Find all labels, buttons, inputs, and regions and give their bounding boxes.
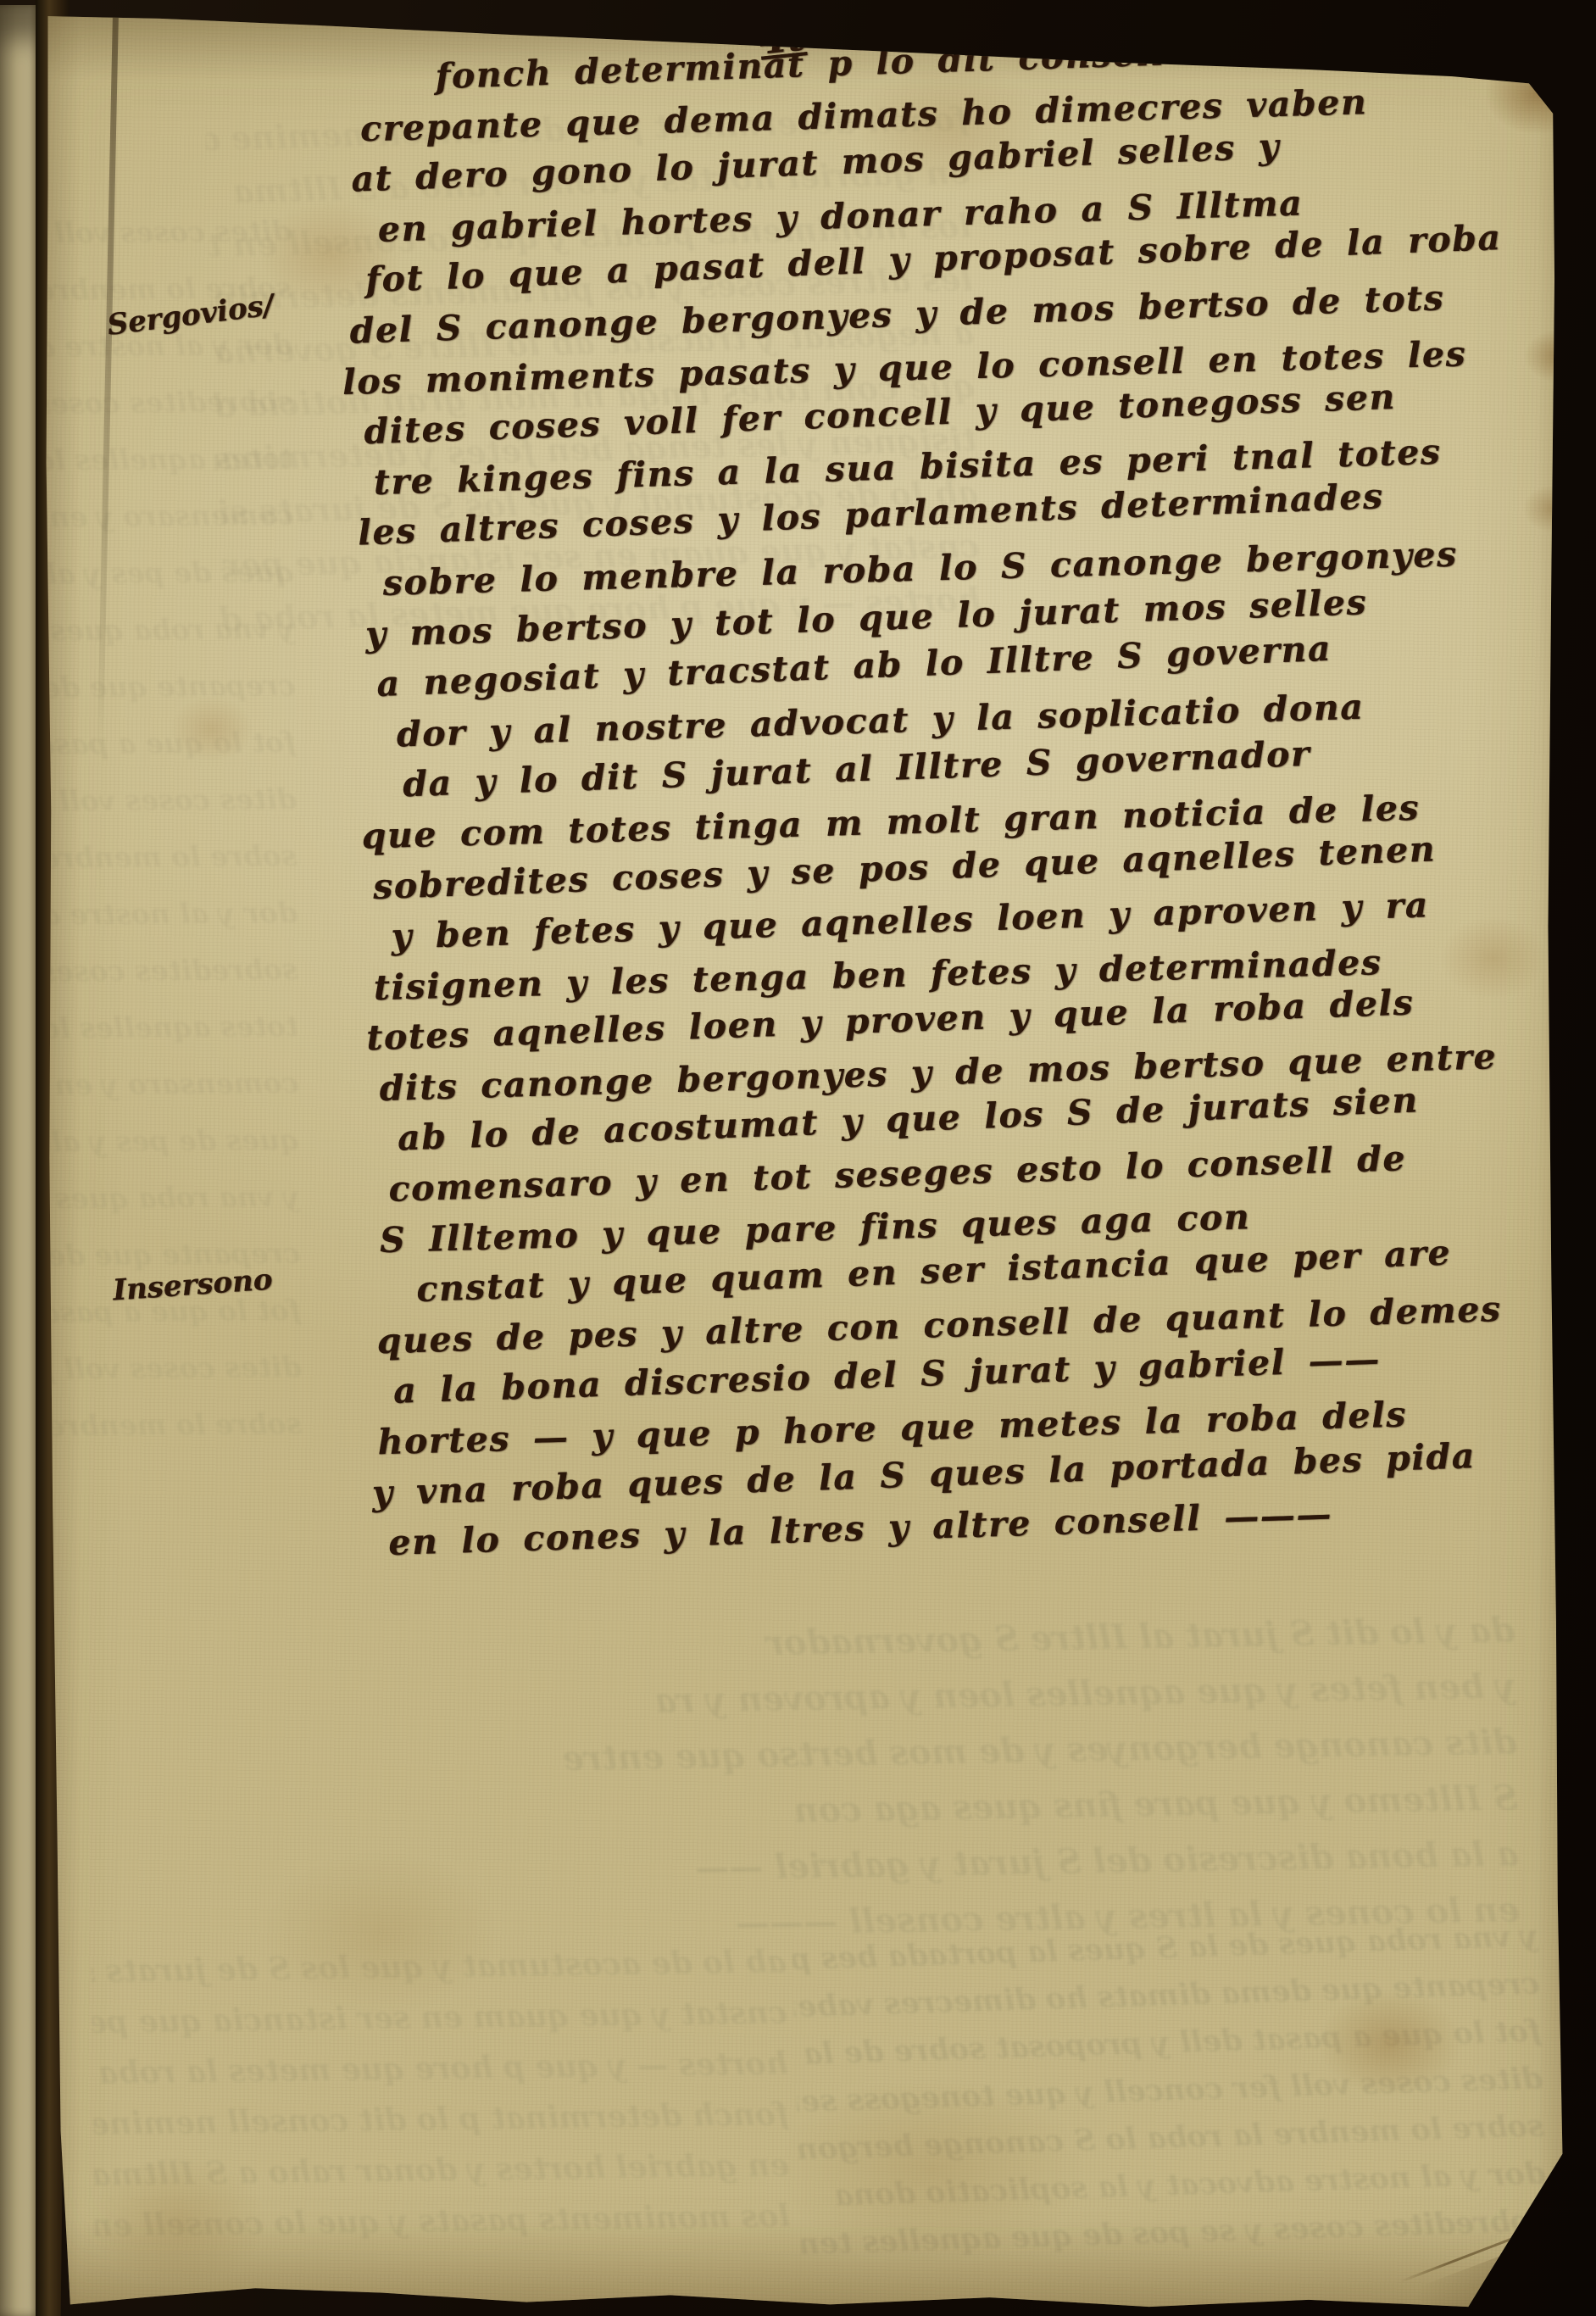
ink-show-through: ab lo de acostumat y que los S de jurats… (92, 1936, 791, 2251)
margin-note-1: Sergovios/ (105, 288, 275, 342)
manuscript-text-block: fonch determinat p lo dit consell nemine… (335, 26, 1574, 1570)
page-curl-shadow (97, 3, 119, 749)
margin-note-2: Insersono (112, 1262, 274, 1307)
ink-show-through: y vna roba ques de la S ques la portada … (792, 1912, 1548, 2268)
manuscript-photo: fonch determinat p lo dit consell nemine… (0, 0, 1596, 2316)
ink-show-through: da y lo dit S jurat al Illtre S governad… (91, 1602, 1521, 1962)
header-ink-mark: 4t (757, 13, 808, 64)
corner-fold-shading (1382, 2204, 1585, 2316)
paper-tear-notch (117, 0, 139, 13)
manuscript-page: fonch determinat p lo dit consell nemine… (0, 0, 1596, 2316)
folio-number: 217 (1497, 37, 1577, 83)
